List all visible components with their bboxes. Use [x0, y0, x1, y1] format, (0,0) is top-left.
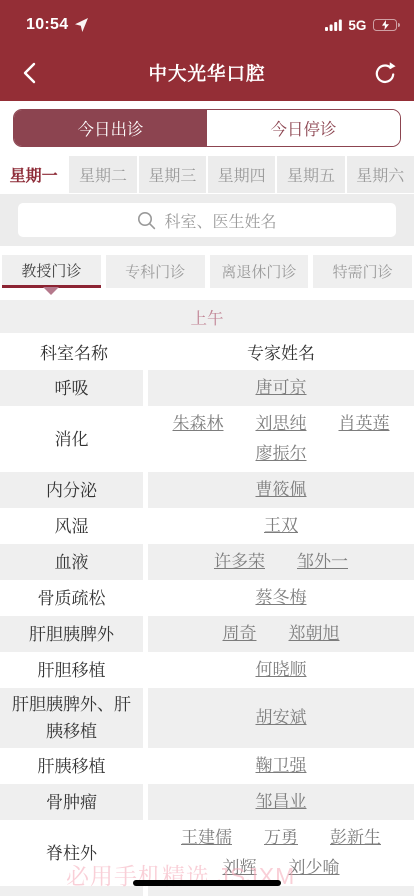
table-row: 肝胆移植何晓顺	[0, 652, 414, 688]
signal-bars-icon	[325, 19, 343, 31]
department-cell: 消化	[0, 406, 143, 472]
day-tab-1[interactable]: 星期一	[0, 156, 67, 193]
day-tab-5[interactable]: 星期五	[277, 156, 344, 193]
table-header-row: 科室名称 专家姓名	[0, 333, 414, 370]
doctors-cell: 鞠卫强	[148, 748, 414, 784]
clinic-tab-4[interactable]: 特需门诊	[313, 255, 412, 288]
doctor-link[interactable]: 何晓顺	[256, 655, 307, 685]
doctor-link[interactable]: 邹外一	[297, 547, 348, 577]
doctors-cell: 何晓顺	[148, 652, 414, 688]
department-cell: 骨质疏松	[0, 580, 143, 616]
schedule-table-body: 呼吸唐可京消化朱森林刘思纯肖英莲廖振尔内分泌曹筱佩风湿王双血液许多荣邹外一骨质疏…	[0, 370, 414, 886]
page-title: 中大光华口腔	[44, 60, 370, 86]
department-cell: 脊柱外	[0, 820, 143, 886]
tab-today-available[interactable]: 今日出诊	[14, 110, 207, 146]
department-cell: 肝胆胰脾外	[0, 616, 143, 652]
doctor-link[interactable]: 鞠卫强	[256, 751, 307, 781]
table-row: 血液许多荣邹外一	[0, 544, 414, 580]
refresh-icon	[373, 61, 397, 85]
location-arrow-icon	[75, 18, 89, 32]
refresh-button[interactable]	[370, 61, 400, 85]
doctors-cell: 周奇郑朝旭	[148, 616, 414, 652]
doctors-cell: 唐可京	[148, 370, 414, 406]
table-row: 消化朱森林刘思纯肖英莲廖振尔	[0, 406, 414, 472]
doctors-cell: 胡安斌	[148, 688, 414, 748]
department-cell: 血液	[0, 544, 143, 580]
department-cell: 肝胆移植	[0, 652, 143, 688]
clinic-tab-2[interactable]: 专科门诊	[106, 255, 205, 288]
screen: 10:54 5G	[0, 0, 414, 896]
table-row: 内分泌曹筱佩	[0, 472, 414, 508]
doctor-link[interactable]: 曹筱佩	[256, 475, 307, 505]
doctor-link[interactable]: 王双	[264, 511, 298, 541]
visit-toggle: 今日出诊 今日停诊	[13, 109, 401, 147]
day-tab-4[interactable]: 星期四	[208, 156, 275, 193]
department-cell: 肝胰移植	[0, 748, 143, 784]
search-placeholder: 科室、医生姓名	[164, 209, 276, 232]
table-row: 肝胆胰脾外、肝胰移植胡安斌	[0, 688, 414, 748]
battery-charging-icon	[373, 19, 400, 31]
doctor-link[interactable]: 肖英莲	[339, 409, 390, 439]
table-row: 脊柱外王建儒万勇彭新生刘辉刘少喻	[0, 820, 414, 886]
doctor-link[interactable]: 王建儒	[181, 823, 232, 853]
session-header: 上午	[0, 300, 414, 333]
status-time: 10:54	[26, 16, 68, 34]
department-cell: 呼吸	[0, 370, 143, 406]
department-cell: 内分泌	[0, 472, 143, 508]
doctor-link[interactable]: 许多荣	[214, 547, 265, 577]
network-type-label: 5G	[348, 18, 366, 33]
department-column-header: 科室名称	[0, 339, 148, 364]
doctor-link[interactable]: 邹昌业	[256, 787, 307, 817]
department-cell: 骨肿瘤	[0, 784, 143, 820]
day-tabs: 星期一星期二星期三星期四星期五星期六	[0, 156, 414, 193]
doctor-link[interactable]: 廖振尔	[256, 439, 307, 469]
doctor-link[interactable]: 周奇	[223, 619, 257, 649]
doctor-link[interactable]: 蔡冬梅	[256, 583, 307, 613]
department-cell: 肝胆胰脾外、肝胰移植	[0, 688, 143, 748]
chevron-left-icon	[23, 62, 36, 84]
clinic-tab-3[interactable]: 离退休门诊	[210, 255, 309, 288]
clinic-type-tabs: 教授门诊专科门诊离退休门诊特需门诊	[0, 255, 414, 288]
doctor-link[interactable]: 万勇	[264, 823, 298, 853]
nav-bar: 中大光华口腔	[0, 44, 414, 101]
day-tab-6[interactable]: 星期六	[347, 156, 414, 193]
doctors-cell: 邹昌业	[148, 784, 414, 820]
doctor-link[interactable]: 唐可京	[256, 373, 307, 403]
home-indicator[interactable]	[133, 880, 281, 886]
doctor-link[interactable]: 朱森林	[173, 409, 224, 439]
status-right-cluster: 5G	[325, 18, 400, 33]
table-row: 肝胆胰脾外周奇郑朝旭	[0, 616, 414, 652]
day-tab-2[interactable]: 星期二	[69, 156, 136, 193]
table-row: 肝胰移植鞠卫强	[0, 748, 414, 784]
search-icon	[137, 211, 156, 230]
table-row: 骨质疏松蔡冬梅	[0, 580, 414, 616]
department-cell: 风湿	[0, 508, 143, 544]
visit-toggle-wrap: 今日出诊 今日停诊	[0, 101, 414, 147]
search-input[interactable]: 科室、医生姓名	[18, 203, 396, 237]
doctor-link[interactable]: 刘思纯	[256, 409, 307, 439]
doctors-cell: 王建儒万勇彭新生刘辉刘少喻	[148, 820, 414, 886]
doctor-link[interactable]: 刘少喻	[289, 853, 340, 883]
app-header: 10:54 5G	[0, 0, 414, 101]
table-row: 呼吸唐可京	[0, 370, 414, 406]
clinic-tab-1[interactable]: 教授门诊	[2, 255, 101, 288]
doctors-cell: 蔡冬梅	[148, 580, 414, 616]
doctor-link[interactable]: 刘辉	[223, 853, 257, 883]
day-tab-3[interactable]: 星期三	[139, 156, 206, 193]
table-row: 风湿王双	[0, 508, 414, 544]
doctors-cell: 王双	[148, 508, 414, 544]
doctors-cell: 曹筱佩	[148, 472, 414, 508]
tab-today-suspended[interactable]: 今日停诊	[207, 110, 400, 146]
doctor-link[interactable]: 彭新生	[330, 823, 381, 853]
search-section: 科室、医生姓名	[0, 194, 414, 246]
expert-column-header: 专家姓名	[148, 339, 414, 364]
doctors-cell: 许多荣邹外一	[148, 544, 414, 580]
table-row: 骨肿瘤邹昌业	[0, 784, 414, 820]
doctor-link[interactable]: 胡安斌	[256, 703, 307, 733]
partially-visible-next-row	[0, 886, 414, 896]
doctors-cell: 朱森林刘思纯肖英莲廖振尔	[148, 406, 414, 472]
status-bar: 10:54 5G	[0, 0, 414, 44]
back-button[interactable]	[14, 62, 44, 84]
doctor-link[interactable]: 郑朝旭	[289, 619, 340, 649]
